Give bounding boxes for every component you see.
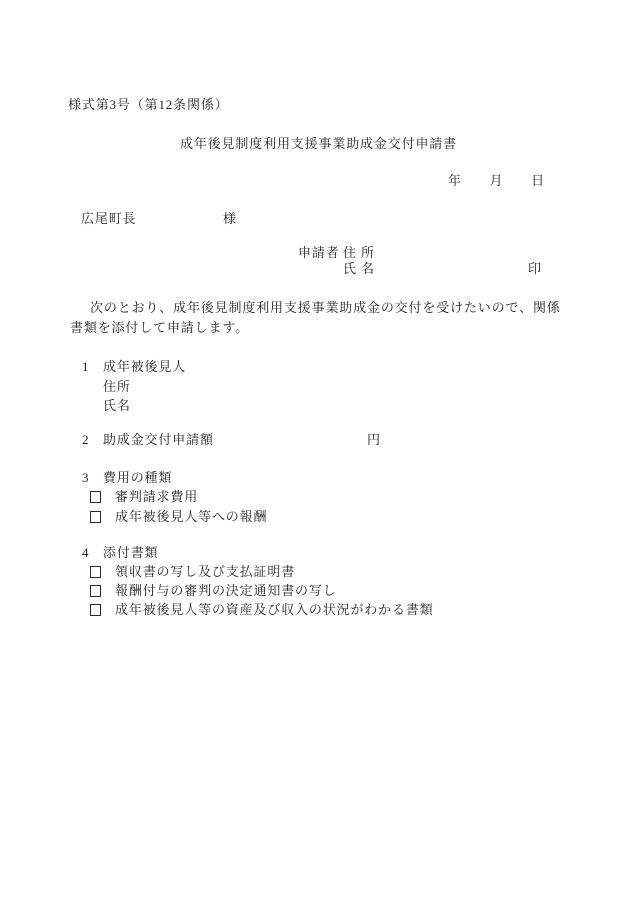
item-1-label: 成年被後見人 xyxy=(103,359,186,374)
item-3-label: 費用の種類 xyxy=(103,470,172,485)
item-1-number: 1 xyxy=(82,360,103,373)
addressee-line: 広尾町長様 xyxy=(0,212,630,225)
checkbox-label: 成年被後見人等の資産及び収入の状況がわかる書類 xyxy=(115,603,434,616)
item-1-subline-name: 氏名 xyxy=(0,399,630,412)
applicant-label: 申請者 xyxy=(298,246,340,259)
empty-checkbox-icon xyxy=(90,604,101,616)
empty-checkbox-icon xyxy=(90,566,101,578)
item-4-number: 4 xyxy=(82,546,103,559)
item-4-heading: 4添付書類 xyxy=(0,546,630,559)
item-4-label: 添付書類 xyxy=(103,545,158,560)
form-number: 様式第3号（第12条関係） xyxy=(0,98,630,111)
empty-checkbox-icon xyxy=(90,585,101,597)
date-line: 年 月 日 xyxy=(0,174,630,187)
checkbox-label: 領収書の写し及び支払証明書 xyxy=(115,565,295,578)
checkbox-label: 審判請求費用 xyxy=(115,490,198,503)
empty-checkbox-icon xyxy=(90,511,101,523)
body-paragraph-line-2: 書類を添付して申請します。 xyxy=(0,321,630,334)
body-paragraph-line-1: 次のとおり、成年後見制度利用支援事業助成金の交付を受けたいので、関係 xyxy=(0,301,630,314)
item-1-subline-address: 住所 xyxy=(0,380,630,393)
item-2-number: 2 xyxy=(82,433,103,446)
addressee-name: 広尾町長 xyxy=(81,211,136,226)
seal-mark: 印 xyxy=(528,262,542,275)
checkbox-label: 報酬付与の審判の決定通知書の写し xyxy=(115,584,337,597)
form-document-page: 様式第3号（第12条関係） 成年後見制度利用支援事業助成金交付申請書 年 月 日… xyxy=(0,0,630,915)
item-2-heading: 2助成金交付申請額円 xyxy=(0,433,630,446)
applicant-address-label: 住 所 xyxy=(343,246,375,259)
item-1-heading: 1成年被後見人 xyxy=(0,360,630,373)
applicant-name-label: 氏 名 xyxy=(343,262,375,275)
item-3-number: 3 xyxy=(82,471,103,484)
amount-unit-yen: 円 xyxy=(367,433,381,446)
checkbox-label: 成年被後見人等への報酬 xyxy=(115,510,267,523)
addressee-honorific: 様 xyxy=(223,212,237,225)
item-2-label: 助成金交付申請額 xyxy=(103,432,214,447)
document-title: 成年後見制度利用支援事業助成金交付申請書 xyxy=(0,137,630,150)
item-3-heading: 3費用の種類 xyxy=(0,471,630,484)
empty-checkbox-icon xyxy=(90,491,101,503)
